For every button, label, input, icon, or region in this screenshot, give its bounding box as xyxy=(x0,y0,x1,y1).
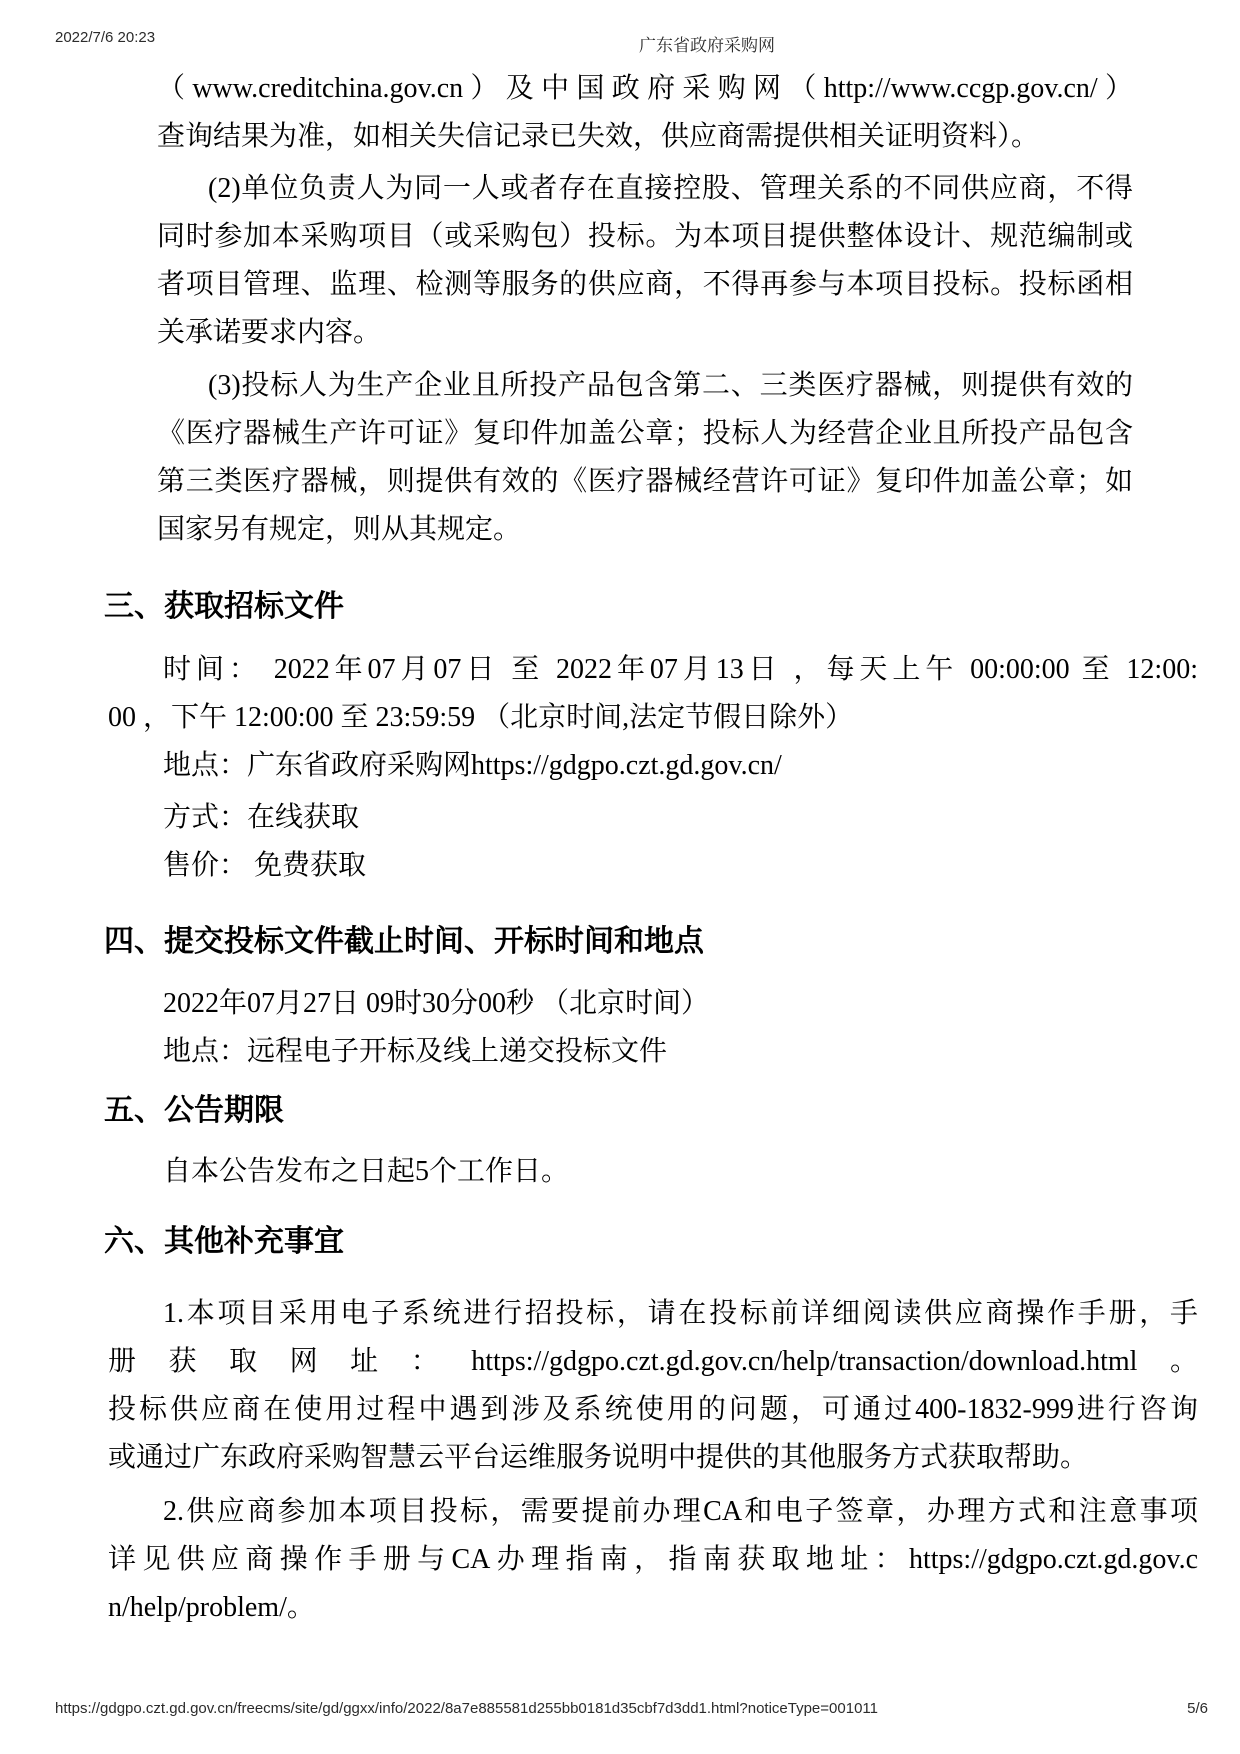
section-heading-5: 五、公告期限 xyxy=(104,1093,284,1129)
intro-paragraph-3: (3)投标人为生产企业且所投产品包含第二、三类医疗器械，则提供有效的 《医疗器械… xyxy=(157,362,1133,554)
section6-paragraph-2: 2.供应商参加本项目投标，需要提前办理CA和电子签章，办理方式和注意事项 详见供… xyxy=(108,1488,1198,1632)
section5-body: 自本公告发布之日起5个工作日。 xyxy=(108,1148,1198,1196)
paragraph-line: （www.creditchina.gov.cn）及中国政府采购网（http://… xyxy=(157,65,1133,113)
section-heading-6: 六、其他补充事宜 xyxy=(104,1224,344,1260)
print-header-datetime: 2022/7/6 20:23 xyxy=(55,29,155,46)
section6-paragraph-1: 1.本项目采用电子系统进行招投标，请在投标前详细阅读供应商操作手册，手 册获取网… xyxy=(108,1290,1198,1482)
paragraph-line: 2.供应商参加本项目投标，需要提前办理CA和电子签章，办理方式和注意事项 xyxy=(108,1488,1198,1536)
paragraph-line: 详见供应商操作手册与CA办理指南，指南获取地址：https://gdgpo.cz… xyxy=(108,1536,1198,1584)
section-heading-4: 四、提交投标文件截止时间、开标时间和地点 xyxy=(104,924,704,960)
section4-location: 地点：远程电子开标及线上递交投标文件 xyxy=(108,1028,1198,1076)
paragraph-line: 2022年07月27日 09时30分00秒 （北京时间） xyxy=(108,980,1198,1028)
print-preview-page: 2022/7/6 20:23 广东省政府采购网 （www.creditchina… xyxy=(0,0,1240,1754)
paragraph-line: 者项目管理、监理、检测等服务的供应商，不得再参与本项目投标。投标函相 xyxy=(157,261,1133,309)
intro-paragraph-2: (2)单位负责人为同一人或者存在直接控股、管理关系的不同供应商，不得 同时参加本… xyxy=(157,165,1133,357)
paragraph-line: (2)单位负责人为同一人或者存在直接控股、管理关系的不同供应商，不得 xyxy=(157,165,1133,213)
paragraph-line: 时间： 2022年07月07日 至 2022年07月13日 ，每天上午 00:0… xyxy=(108,646,1198,694)
paragraph-line: 投标供应商在使用过程中遇到涉及系统使用的问题，可通过400-1832-999进行… xyxy=(108,1386,1198,1434)
paragraph-line: 同时参加本采购项目（或采购包）投标。为本项目提供整体设计、规范编制或 xyxy=(157,213,1133,261)
paragraph-line: 地点：广东省政府采购网https://gdgpo.czt.gd.gov.cn/ xyxy=(108,742,1198,790)
paragraph-line: 第三类医疗器械，则提供有效的《医疗器械经营许可证》复印件加盖公章；如 xyxy=(157,458,1133,506)
paragraph-line: 地点：远程电子开标及线上递交投标文件 xyxy=(108,1028,1198,1076)
section4-deadline: 2022年07月27日 09时30分00秒 （北京时间） xyxy=(108,980,1198,1028)
section-heading-3: 三、获取招标文件 xyxy=(104,589,344,625)
paragraph-line: 《医疗器械生产许可证》复印件加盖公章；投标人为经营企业且所投产品包含 xyxy=(157,410,1133,458)
section3-location: 地点：广东省政府采购网https://gdgpo.czt.gd.gov.cn/ xyxy=(108,742,1198,790)
paragraph-line: 00 ，下午 12:00:00 至 23:59:59 （北京时间,法定节假日除外… xyxy=(108,694,1198,742)
intro-paragraph-1: （www.creditchina.gov.cn）及中国政府采购网（http://… xyxy=(157,65,1133,161)
paragraph-line: (3)投标人为生产企业且所投产品包含第二、三类医疗器械，则提供有效的 xyxy=(157,362,1133,410)
print-footer-url: https://gdgpo.czt.gd.gov.cn/freecms/site… xyxy=(55,1700,878,1717)
section3-method: 方式：在线获取 xyxy=(108,794,1198,842)
paragraph-line: 售价： 免费获取 xyxy=(108,842,1198,890)
paragraph-line: 国家另有规定，则从其规定。 xyxy=(157,506,1133,554)
section3-price: 售价： 免费获取 xyxy=(108,842,1198,890)
paragraph-line: 自本公告发布之日起5个工作日。 xyxy=(108,1148,1198,1196)
paragraph-line: 查询结果为准，如相关失信记录已失效，供应商需提供相关证明资料）。 xyxy=(157,113,1133,161)
print-header-title: 广东省政府采购网 xyxy=(639,31,775,56)
print-footer-page-number: 5/6 xyxy=(1187,1700,1208,1717)
paragraph-line: n/help/problem/。 xyxy=(108,1584,1198,1632)
paragraph-line: 关承诺要求内容。 xyxy=(157,309,1133,357)
section3-time: 时间： 2022年07月07日 至 2022年07月13日 ，每天上午 00:0… xyxy=(108,646,1198,742)
paragraph-line: 1.本项目采用电子系统进行招投标，请在投标前详细阅读供应商操作手册，手 xyxy=(108,1290,1198,1338)
paragraph-line: 方式：在线获取 xyxy=(108,794,1198,842)
paragraph-line: 或通过广东政府采购智慧云平台运维服务说明中提供的其他服务方式获取帮助。 xyxy=(108,1434,1198,1482)
paragraph-line: 册获取网址：https://gdgpo.czt.gd.gov.cn/help/t… xyxy=(108,1338,1198,1386)
